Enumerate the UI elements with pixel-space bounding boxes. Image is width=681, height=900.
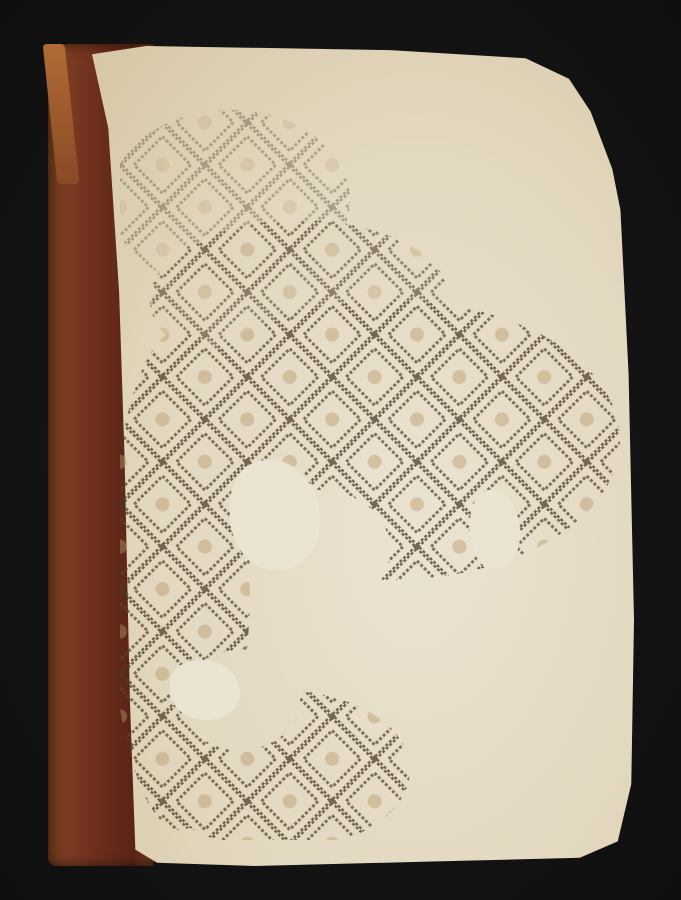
lattice-pattern bbox=[120, 80, 620, 840]
